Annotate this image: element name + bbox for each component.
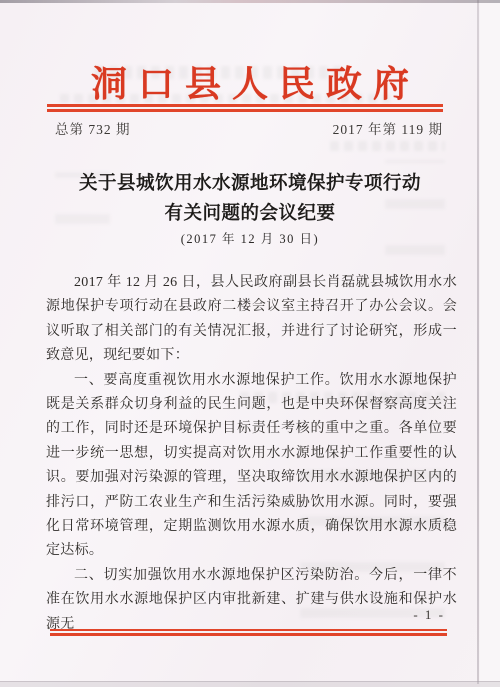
document-title: 关于县城饮用水水源地环境保护专项行动 有关问题的会议纪要 xyxy=(46,170,454,229)
scan-top-edge xyxy=(0,0,500,3)
bleedthrough-smudge xyxy=(330,141,445,151)
document-body: 2017 年 12 月 26 日，县人民政府副县长肖磊就县城饮用水水源地保护专项… xyxy=(46,271,457,637)
body-paragraph-item2: 二、切实加强饮用水水源地保护区污染防治。今后，一律不准在饮用水水源地保护区内审批… xyxy=(46,564,457,637)
document-date: (2017 年 12 月 30 日) xyxy=(46,229,454,247)
issue-row: 总第 732 期 2017 年第 119 期 xyxy=(55,118,443,138)
scanned-document-page: 洞口县人民政府 总第 732 期 2017 年第 119 期 关于县城饮用水水源… xyxy=(0,0,500,687)
page-number: - 1 - xyxy=(46,607,445,623)
document-title-line1: 关于县城饮用水水源地环境保护专项行动 xyxy=(46,170,454,200)
issue-number-year: 2017 年第 119 期 xyxy=(333,118,443,138)
scan-bottom-edge xyxy=(0,681,500,687)
document-title-line2: 有关问题的会议纪要 xyxy=(46,200,454,230)
body-paragraph-intro: 2017 年 12 月 26 日，县人民政府副县长肖磊就县城饮用水水源地保护专项… xyxy=(46,271,457,369)
body-paragraph-item1: 一、要高度重视饮用水水源地保护工作。饮用水水源地保护既是关系群众切身利益的民生问… xyxy=(46,369,457,564)
issue-number-total: 总第 732 期 xyxy=(55,118,131,138)
masthead-double-rule xyxy=(47,104,443,112)
footer-double-rule xyxy=(50,629,447,636)
masthead-title: 洞口县人民政府 xyxy=(0,56,500,107)
